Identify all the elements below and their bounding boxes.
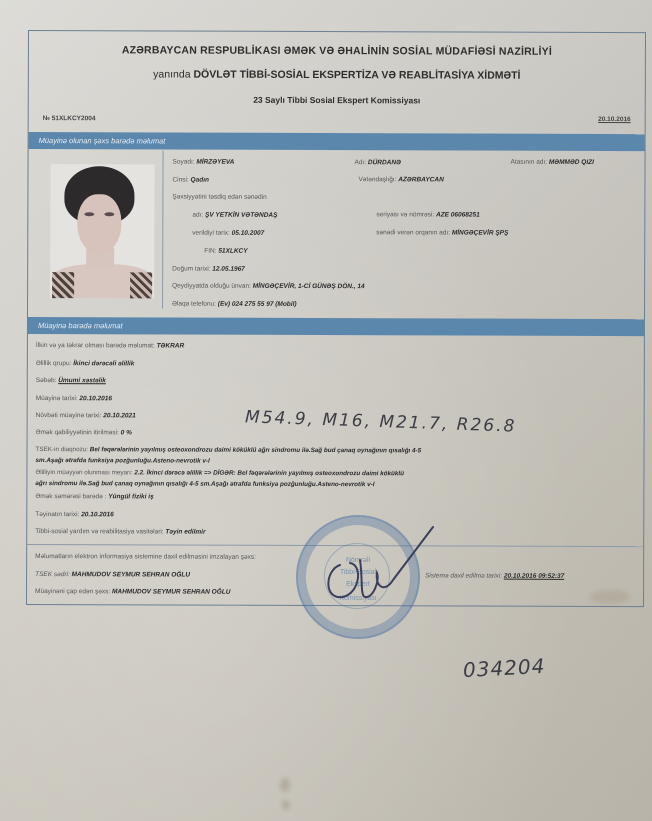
citizenship-field: Vətəndaşlığı: AZƏRBAYCAN [358, 176, 443, 183]
assignment-date-field: Təyinatın tarixi: 20.10.2016 [35, 511, 113, 518]
name-field: Adı: DÜRDANƏ [355, 159, 401, 166]
photo-cell [30, 150, 164, 308]
id-document-name-field: adı: ŞV YETKİN VƏTƏNDAŞ [192, 212, 277, 219]
gender-field: Cinsi: Qadın [172, 177, 209, 184]
id-series-field: seriyası və nömrəsi: AZE 06068251 [376, 211, 479, 218]
exam-date-field: Müayinə tarixi: 20.10.2016 [36, 395, 112, 402]
cause-field: Səbəb: Ümumi xəstəlik [36, 377, 106, 384]
next-exam-date-field: Növbəti müayinə tarixi: 20.10.2021 [36, 412, 136, 419]
document-date: 20.10.2016 [598, 116, 631, 123]
paper-stain [590, 590, 630, 604]
surname-field: Soyadı: MİRZƏYEVA [173, 159, 235, 166]
service-name: DÖVLƏT TİBBİ-SOSİAL EKSPERTİZA VƏ REABLİ… [193, 69, 520, 82]
first-repeat-field: İlkin və ya təkrar olması barədə məlumat… [36, 342, 184, 350]
chair-field: TSEK sədri: MAHMUDOV SEYMUR SEHRAN OĞLU [35, 571, 190, 579]
disability-group-field: Əlillik qrupu: İkinci dərəcəli əlillik [36, 360, 135, 367]
rehabilitation-means-field: Tibbi-sosial yardım və reabilitasiya vas… [35, 528, 205, 536]
diagnosis-field: TSEK-in diaqnozu: Bel fəqərələrinin yayı… [35, 444, 635, 468]
paper-stain [280, 778, 290, 792]
signer-note: Məlumatların elektron informasiya sistem… [35, 553, 256, 561]
service-title: yanında DÖVLƏT TİBBİ-SOSİAL EKSPERTİZA V… [29, 68, 645, 82]
ministry-title: AZƏRBAYCAN RESPUBLİKASI ƏMƏK VƏ ƏHALİNİN… [29, 44, 645, 58]
document-number: № 51XLKCY2004 [43, 115, 96, 122]
work-capacity-loss-field: Əmək qabiliyyətinin itirilməsi: 0 % [36, 429, 132, 436]
id-issue-date-field: verildiyi tarix: 05.10.2007 [192, 230, 264, 237]
exam-section-header: Müayinə barədə məlumat [28, 317, 644, 336]
system-entry-date-field: Sistemə daxil edilmə tarixi: 20.10.2016 … [425, 572, 564, 579]
work-recommendation-field: Əmək səmərəsi barədə : Yüngül fiziki iş [35, 493, 153, 500]
commission-title: 23 Saylı Tibbi Sosial Ekspert Komissiyas… [29, 94, 645, 106]
fin-field: FIN: 51XLKCY [204, 248, 247, 255]
person-photo [50, 164, 154, 298]
disability-criteria-field: Əlilliyin müəyyən olunması meyarı: 2.2. … [35, 467, 635, 491]
examiner-field: Müayinəni çap edən şəxs: MAHMUDOV SEYMUR… [35, 588, 230, 596]
paper-stain [282, 800, 290, 810]
id-document-label: Şəxsiyyətini təsdiq edən sənədin [172, 194, 266, 201]
person-section-header: Müayinə olunan şəxs barədə məlumat [29, 132, 645, 151]
address-field: Qeydiyyatda olduğu ünvan: MİNGƏÇEVİR, 1-… [172, 283, 365, 291]
handwritten-reference-number: 034204 [462, 654, 546, 682]
service-prefix: yanında [153, 68, 190, 80]
birth-date-field: Doğum tarixi: 12.05.1967 [172, 266, 245, 273]
document-header: AZƏRBAYCAN RESPUBLİKASI ƏMƏK VƏ ƏHALİNİN… [29, 31, 645, 33]
phone-field: Əlaqə telefonu: (Ev) 024 275 55 97 (Mobi… [172, 301, 297, 308]
signature-icon [305, 525, 445, 615]
patronymic-field: Atasının adı: MƏMMƏD QIZI [511, 159, 594, 166]
id-issuer-field: sənədi verən orqanın adı: MİNGƏÇEVİR ŞPŞ [376, 229, 508, 236]
